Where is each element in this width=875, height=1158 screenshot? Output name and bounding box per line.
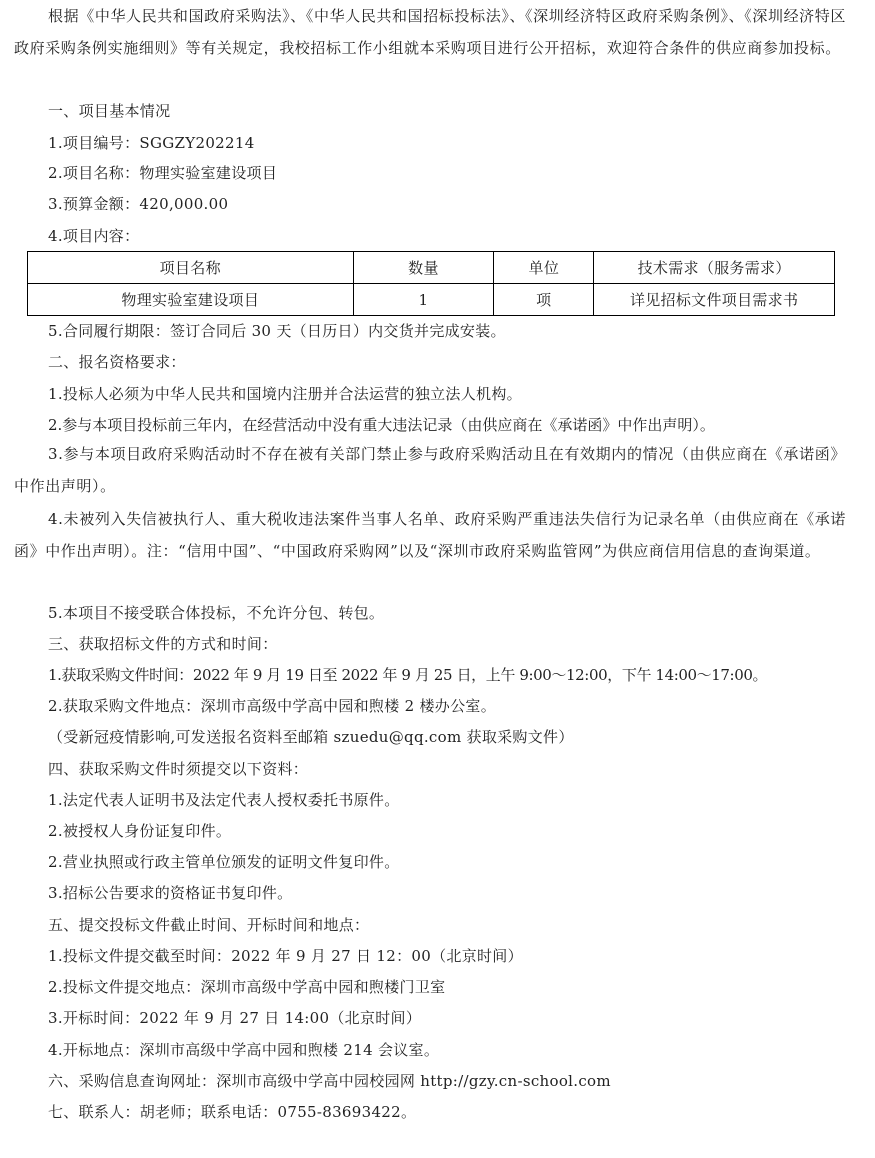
- qualification-4: 4.未被列入失信被执行人、重大税收违法案件当事人名单、政府采购严重违法失信行为记…: [14, 503, 846, 567]
- bid-submission-location: 2.投标文件提交地点：深圳市高级中学高中园和煦楼门卫室: [48, 977, 445, 997]
- section-2-heading: 二、报名资格要求：: [48, 352, 186, 372]
- cell-technical-requirements: 详见招标文件项目需求书: [594, 284, 835, 316]
- project-content-label: 4.项目内容：: [48, 226, 139, 246]
- project-number: 1.项目编号：SGGZY202214: [48, 133, 255, 153]
- acquisition-location: 2.获取采购文件地点：深圳市高级中学高中园和煦楼 2 楼办公室。: [48, 696, 496, 716]
- procurement-info-website: 六、采购信息查询网址：深圳市高级中学高中园校园网 http://gzy.cn-s…: [48, 1071, 611, 1091]
- required-document-1: 1.法定代表人证明书及法定代表人授权委托书原件。: [48, 790, 400, 810]
- header-project-name: 项目名称: [28, 252, 354, 284]
- cell-quantity: 1: [353, 284, 494, 316]
- required-document-4: 3.招标公告要求的资格证书复印件。: [48, 883, 292, 903]
- bid-opening-location: 4.开标地点：深圳市高级中学高中园和煦楼 214 会议室。: [48, 1040, 439, 1060]
- budget-amount: 3.预算金额：420,000.00: [48, 194, 228, 214]
- email-acquisition-note: （受新冠疫情影响,可发送报名资料至邮箱 szuedu@qq.com 获取采购文件…: [48, 727, 574, 747]
- required-document-2: 2.被授权人身份证复印件。: [48, 821, 231, 841]
- project-name: 2.项目名称：物理实验室建设项目: [48, 163, 277, 183]
- project-items-table: 项目名称 数量 单位 技术需求（服务需求） 物理实验室建设项目 1 项 详见招标…: [27, 251, 835, 316]
- contact-info: 七、联系人：胡老师；联系电话：0755-83693422。: [48, 1102, 416, 1122]
- qualification-3: 3.参与本项目政府采购活动时不存在被有关部门禁止参与政府采购活动且在有效期内的情…: [14, 438, 846, 502]
- acquisition-time: 1.获取采购文件时间：2022 年 9 月 19 日至 2022 年 9 月 2…: [48, 665, 767, 685]
- header-quantity: 数量: [353, 252, 494, 284]
- required-document-3: 2.营业执照或行政主管单位颁发的证明文件复印件。: [48, 852, 400, 872]
- section-3-heading: 三、获取招标文件的方式和时间：: [48, 634, 278, 654]
- intro-paragraph: 根据《中华人民共和国政府采购法》、《中华人民共和国招标投标法》、《深圳经济特区政…: [14, 0, 846, 64]
- section-1-heading: 一、项目基本情况: [48, 101, 170, 121]
- bid-opening-time: 3.开标时间：2022 年 9 月 27 日 14:00（北京时间）: [48, 1008, 421, 1028]
- header-technical-requirements: 技术需求（服务需求）: [594, 252, 835, 284]
- cell-unit: 项: [494, 284, 594, 316]
- header-unit: 单位: [494, 252, 594, 284]
- table-header-row: 项目名称 数量 单位 技术需求（服务需求）: [28, 252, 835, 284]
- cell-project-name: 物理实验室建设项目: [28, 284, 354, 316]
- bid-deadline: 1.投标文件提交截至时间：2022 年 9 月 27 日 12：00（北京时间）: [48, 946, 523, 966]
- contract-period: 5.合同履行期限：签订合同后 30 天（日历日）内交货并完成安装。: [48, 321, 506, 341]
- qualification-2: 2.参与本项目投标前三年内，在经营活动中没有重大违法记录（由供应商在《承诺函》中…: [48, 415, 715, 435]
- section-5-heading: 五、提交投标文件截止时间、开标时间和地点：: [48, 915, 369, 935]
- qualification-1: 1.投标人必须为中华人民共和国境内注册并合法运营的独立法人机构。: [48, 384, 522, 404]
- section-4-heading: 四、获取采购文件时须提交以下资料：: [48, 759, 308, 779]
- table-row: 物理实验室建设项目 1 项 详见招标文件项目需求书: [28, 284, 835, 316]
- qualification-5: 5.本项目不接受联合体投标，不允许分包、转包。: [48, 603, 384, 623]
